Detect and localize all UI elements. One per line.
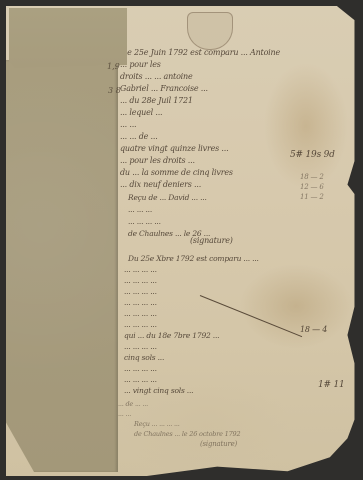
entry-3-amount: 18 — 4 — [300, 325, 327, 334]
entry-3-line: ... ... ... ... — [124, 375, 157, 384]
entry-1-line: Le 25e Juin 1792 est comparu ... Antoine — [122, 48, 280, 57]
entry-1-line: quatre vingt quinze livres ... — [120, 144, 228, 153]
entry-1-line: ... pour les droits ... — [120, 156, 195, 165]
entry-1-line: ... dix neuf deniers ... — [120, 180, 201, 189]
entry-3-line: ... ... ... ... — [124, 287, 157, 296]
entry-3-line: cinq sols ... — [124, 353, 164, 362]
entry-3-line: ... ... ... ... — [124, 276, 157, 285]
entry-4-line: ... ... — [118, 410, 131, 418]
paper-flap — [9, 8, 127, 68]
entry-1-line: ... ... — [120, 120, 136, 129]
margin-note: 1,9 — [107, 62, 120, 71]
entry-1-line: ... ... de ... — [120, 132, 158, 141]
entry-4-signature: (signature) — [200, 440, 237, 448]
entry-2-line: ... ... ... ... — [128, 217, 161, 226]
side-figure: 18 — 2 — [300, 173, 324, 181]
entry-1-amount: 5# 19s 9d — [290, 150, 335, 160]
entry-2-line: ... ... ... — [128, 205, 152, 214]
entry-2-line: Reçu de ... David ... ... — [128, 193, 207, 202]
paper-backing — [6, 60, 118, 472]
entry-3-line: Du 25e Xbre 1792 est comparu ... ... — [128, 254, 259, 263]
entry-4-line: de Chaulnes ... le 26 octobre 1792 — [134, 430, 240, 438]
entry-2-signature: (signature) — [190, 236, 233, 245]
entry-1-line: droits ... ... antoine — [120, 72, 193, 81]
entry-3-amount: 1# 11 — [318, 380, 345, 390]
entry-1-line: Gabriel ... Francoise ... — [120, 84, 208, 93]
side-figure: 12 — 6 — [300, 183, 324, 191]
entry-1-line: ... du 28e Juil 1721 — [120, 96, 193, 105]
side-figure: 11 — 2 — [300, 193, 324, 201]
entry-4-line: Reçu ... ... ... ... — [134, 420, 180, 428]
entry-3-line: qui ... du 18e 7bre 1792 ... — [124, 331, 219, 340]
scanned-document: Le 25e Juin 1792 est comparu ... Antoine… — [0, 0, 363, 480]
entry-3-line: ... ... ... ... — [124, 320, 157, 329]
entry-3-line: ... ... ... ... — [124, 309, 157, 318]
entry-3-line: ... vingt cinq sols ... — [124, 386, 193, 395]
entry-3-line: ... ... ... ... — [124, 364, 157, 373]
entry-4-line: ... de ... ... — [118, 400, 148, 408]
entry-3-line: ... ... ... ... — [124, 342, 157, 351]
entry-1-line: ... lequel ... — [120, 108, 162, 117]
entry-1-line: du ... la somme de cinq livres — [120, 168, 233, 177]
margin-note: 3 8 — [108, 86, 121, 95]
entry-3-line: ... ... ... ... — [124, 298, 157, 307]
entry-3-line: ... ... ... ... — [124, 265, 157, 274]
